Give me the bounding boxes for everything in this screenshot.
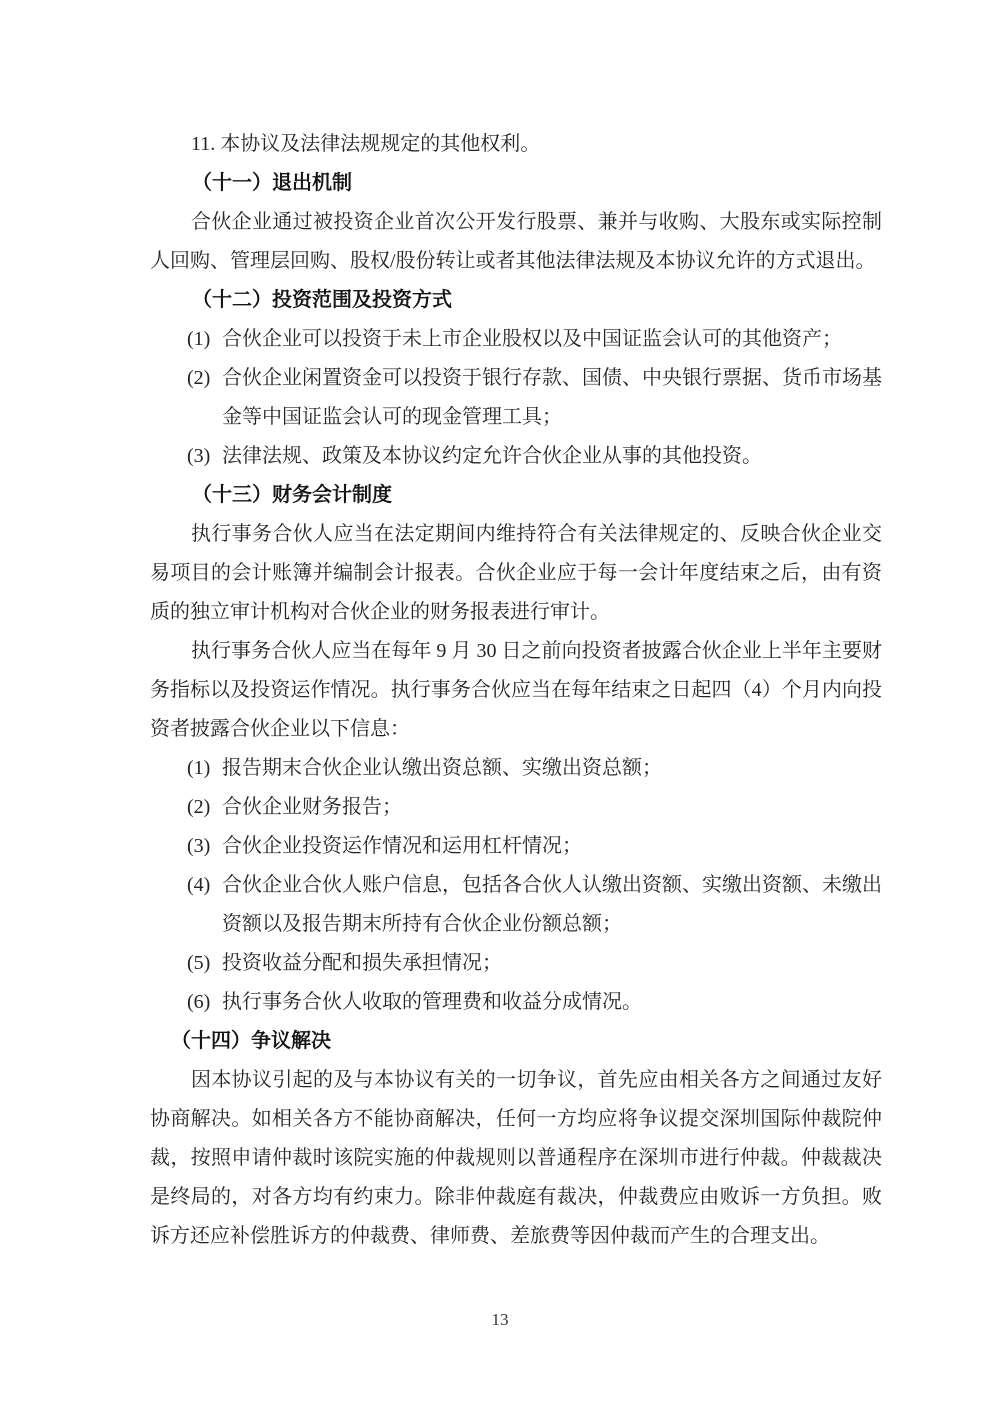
- list-item-line: (1)合伙企业可以投资于未上市企业股权以及中国证监会认可的其他资产；: [150, 320, 882, 359]
- list-item-text: 投资收益分配和损失承担情况；: [222, 952, 502, 974]
- paragraph-line: 诉方还应补偿胜诉方的仲裁费、律师费、差旅费等因仲裁而产生的合理支出。: [150, 1217, 882, 1256]
- list-item-marker: (1): [187, 749, 222, 788]
- list-item-marker: (2): [187, 359, 222, 398]
- list-item-text: 合伙企业投资运作情况和运用杠杆情况；: [222, 835, 582, 857]
- paragraph-line: 务指标以及投资运作情况。执行事务合伙应当在每年结束之日起四（4）个月内向投: [150, 671, 882, 710]
- list-item-line: (2)合伙企业财务报告；: [150, 788, 882, 827]
- section-heading: （十四）争议解决: [150, 1022, 882, 1061]
- list-item-line: 资额以及报告期末所持有合伙企业份额总额；: [150, 905, 882, 944]
- list-item-line: (3)合伙企业投资运作情况和运用杠杆情况；: [150, 827, 882, 866]
- paragraph-line: 执行事务合伙人应当在每年 9 月 30 日之前向投资者披露合伙企业上半年主要财: [150, 632, 882, 671]
- paragraph-line: 11. 本协议及法律法规规定的其他权利。: [150, 125, 882, 164]
- list-item-text: 合伙企业合伙人账户信息，包括各合伙人认缴出资额、实缴出资额、未缴出: [222, 874, 882, 896]
- paragraph-line: 易项目的会计账簿并编制会计报表。合伙企业应于每一会计年度结束之后，由有资: [150, 554, 882, 593]
- list-item-text: 执行事务合伙人收取的管理费和收益分成情况。: [222, 991, 642, 1013]
- list-item-marker: (5): [187, 944, 222, 983]
- page-footer: 13: [0, 1308, 1000, 1332]
- list-item-text: 报告期末合伙企业认缴出资总额、实缴出资总额；: [222, 757, 662, 779]
- page-number: 13: [492, 1310, 509, 1329]
- list-item-text: 合伙企业可以投资于未上市企业股权以及中国证监会认可的其他资产；: [222, 328, 842, 350]
- list-item-marker: (3): [187, 437, 222, 476]
- list-item-line: (2)合伙企业闲置资金可以投资于银行存款、国债、中央银行票据、货币市场基: [150, 359, 882, 398]
- list-item-marker: (1): [187, 320, 222, 359]
- list-item-marker: (3): [187, 827, 222, 866]
- list-item-marker: (4): [187, 866, 222, 905]
- paragraph-line: 是终局的，对各方均有约束力。除非仲裁庭有裁决，仲裁费应由败诉一方负担。败: [150, 1178, 882, 1217]
- list-item-line: (6)执行事务合伙人收取的管理费和收益分成情况。: [150, 983, 882, 1022]
- list-item-line: 金等中国证监会认可的现金管理工具；: [150, 398, 882, 437]
- list-item-line: (4)合伙企业合伙人账户信息，包括各合伙人认缴出资额、实缴出资额、未缴出: [150, 866, 882, 905]
- section-heading: （十三）财务会计制度: [150, 476, 882, 515]
- paragraph-line: 因本协议引起的及与本协议有关的一切争议，首先应由相关各方之间通过友好: [150, 1061, 882, 1100]
- section-heading: （十二）投资范围及投资方式: [150, 281, 882, 320]
- paragraph-line: 裁，按照申请仲裁时该院实施的仲裁规则以普通程序在深圳市进行仲裁。仲裁裁决: [150, 1139, 882, 1178]
- paragraph-line: 执行事务合伙人应当在法定期间内维持符合有关法律规定的、反映合伙企业交: [150, 515, 882, 554]
- list-item-line: (3)法律法规、政策及本协议约定允许合伙企业从事的其他投资。: [150, 437, 882, 476]
- paragraph-line: 资者披露合伙企业以下信息：: [150, 710, 882, 749]
- list-item-text: 合伙企业财务报告；: [222, 796, 402, 818]
- paragraph-line: 人回购、管理层回购、股权/股份转让或者其他法律法规及本协议允许的方式退出。: [150, 242, 882, 281]
- document-content: 11. 本协议及法律法规规定的其他权利。（十一）退出机制合伙企业通过被投资企业首…: [150, 125, 882, 1256]
- document-page: 11. 本协议及法律法规规定的其他权利。（十一）退出机制合伙企业通过被投资企业首…: [0, 0, 1000, 1414]
- list-item-line: (5)投资收益分配和损失承担情况；: [150, 944, 882, 983]
- list-item-text: 法律法规、政策及本协议约定允许合伙企业从事的其他投资。: [222, 445, 762, 467]
- paragraph-line: 合伙企业通过被投资企业首次公开发行股票、兼并与收购、大股东或实际控制: [150, 203, 882, 242]
- list-item-marker: (2): [187, 788, 222, 827]
- paragraph-line: 协商解决。如相关各方不能协商解决，任何一方均应将争议提交深圳国际仲裁院仲: [150, 1100, 882, 1139]
- list-item-line: (1)报告期末合伙企业认缴出资总额、实缴出资总额；: [150, 749, 882, 788]
- section-heading: （十一）退出机制: [150, 164, 882, 203]
- list-item-text: 合伙企业闲置资金可以投资于银行存款、国债、中央银行票据、货币市场基: [222, 367, 882, 389]
- paragraph-line: 质的独立审计机构对合伙企业的财务报表进行审计。: [150, 593, 882, 632]
- list-item-marker: (6): [187, 983, 222, 1022]
